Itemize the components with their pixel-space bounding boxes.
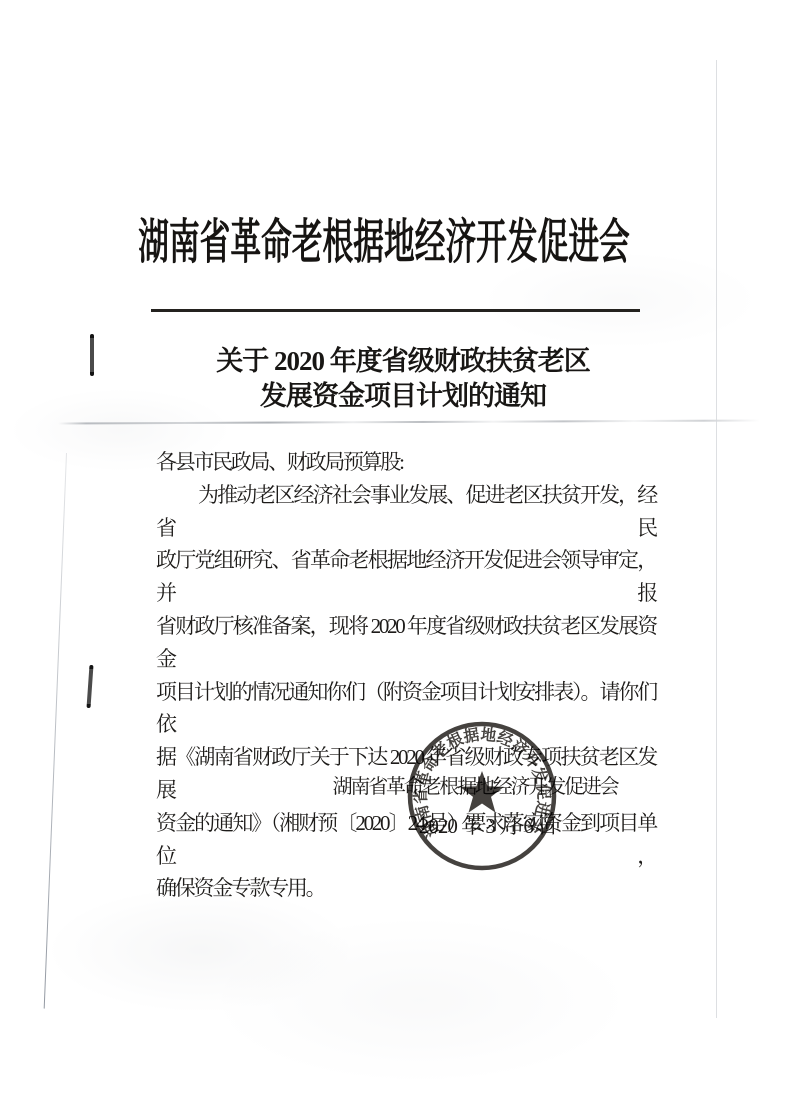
salutation: 各县市民政局、财政局预算股: — [156, 446, 656, 479]
paper-fold-vertical — [716, 60, 717, 1018]
staple-mark-bottom — [87, 665, 94, 708]
body-paragraph-line: 政厅党组研究、省革命老根据地经济开发促进会领导审定，并报 — [156, 544, 656, 610]
paper-edge-shadow — [44, 453, 67, 1009]
paper-crease-horizontal — [58, 419, 760, 424]
letterhead-org-title: 湖南省革命老根据地经济开发促进会 — [138, 214, 630, 272]
letterhead-rule — [151, 309, 640, 312]
document-title-line-1: 关于 2020 年度省级财政扶贫老区 — [9, 344, 794, 379]
body-paragraph-line: 省财政厅核准备案，现将 2020 年度省级财政扶贫老区发展资金 — [156, 610, 656, 676]
document-title-line-2: 发展资金项目计划的通知 — [9, 379, 794, 414]
official-seal-stamp: 湖南省革命老根据地经济开发促进会 — [402, 716, 562, 876]
five-pointed-star-icon — [460, 771, 504, 813]
scanned-document-page: 湖南省革命老根据地经济开发促进会 关于 2020 年度省级财政扶贫老区 发展资金… — [0, 0, 794, 1108]
body-paragraph-line: 为推动老区经济社会事业发展、促进老区扶贫开发，经省民 — [156, 479, 656, 545]
staple-mark-top — [90, 334, 94, 376]
body-paragraph-line: 确保资金专款专用。 — [156, 872, 656, 905]
document-title: 关于 2020 年度省级财政扶贫老区 发展资金项目计划的通知 — [9, 344, 794, 414]
